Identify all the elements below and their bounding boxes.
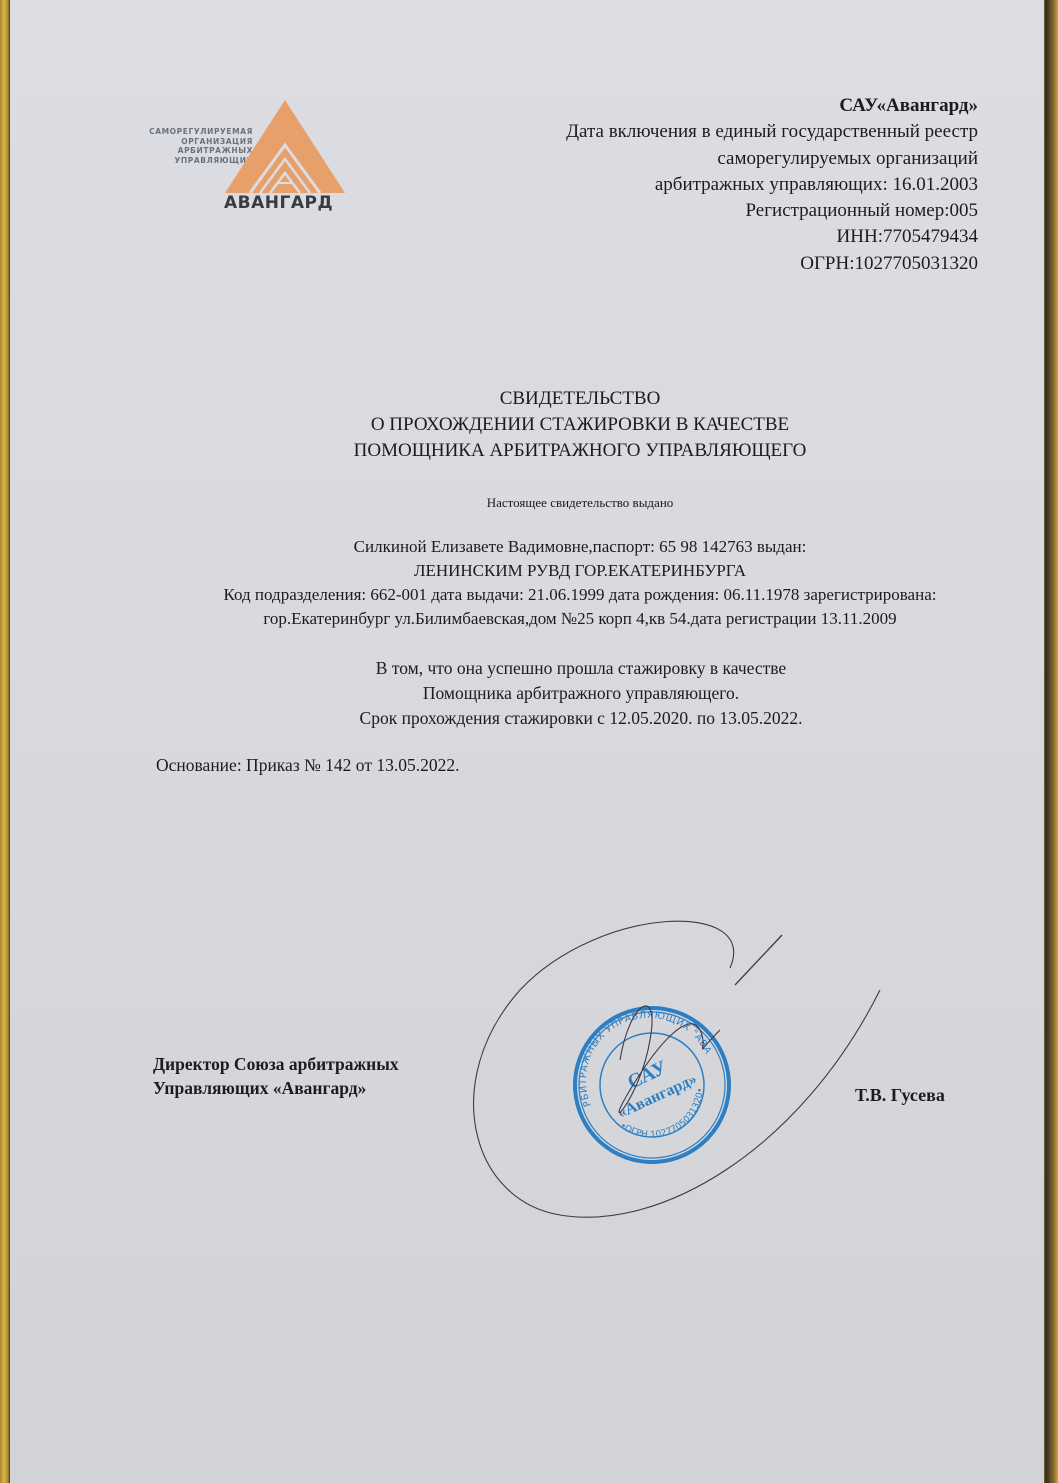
- svg-text:СОЮЗ АРБИТРАЖНЫХ УПРАВЛЯЮЩИХ ": СОЮЗ АРБИТРАЖНЫХ УПРАВЛЯЮЩИХ "АВАНГАРД": [0, 65, 714, 1359]
- stamp-and-signature: СОЮЗ АРБИТРАЖНЫХ УПРАВЛЯЮЩИХ "АВАНГАРД" …: [0, 0, 1058, 1483]
- signature-stroke: [474, 921, 880, 1217]
- official-stamp-icon: СОЮЗ АРБИТРАЖНЫХ УПРАВЛЯЮЩИХ "АВАНГАРД" …: [0, 62, 754, 1433]
